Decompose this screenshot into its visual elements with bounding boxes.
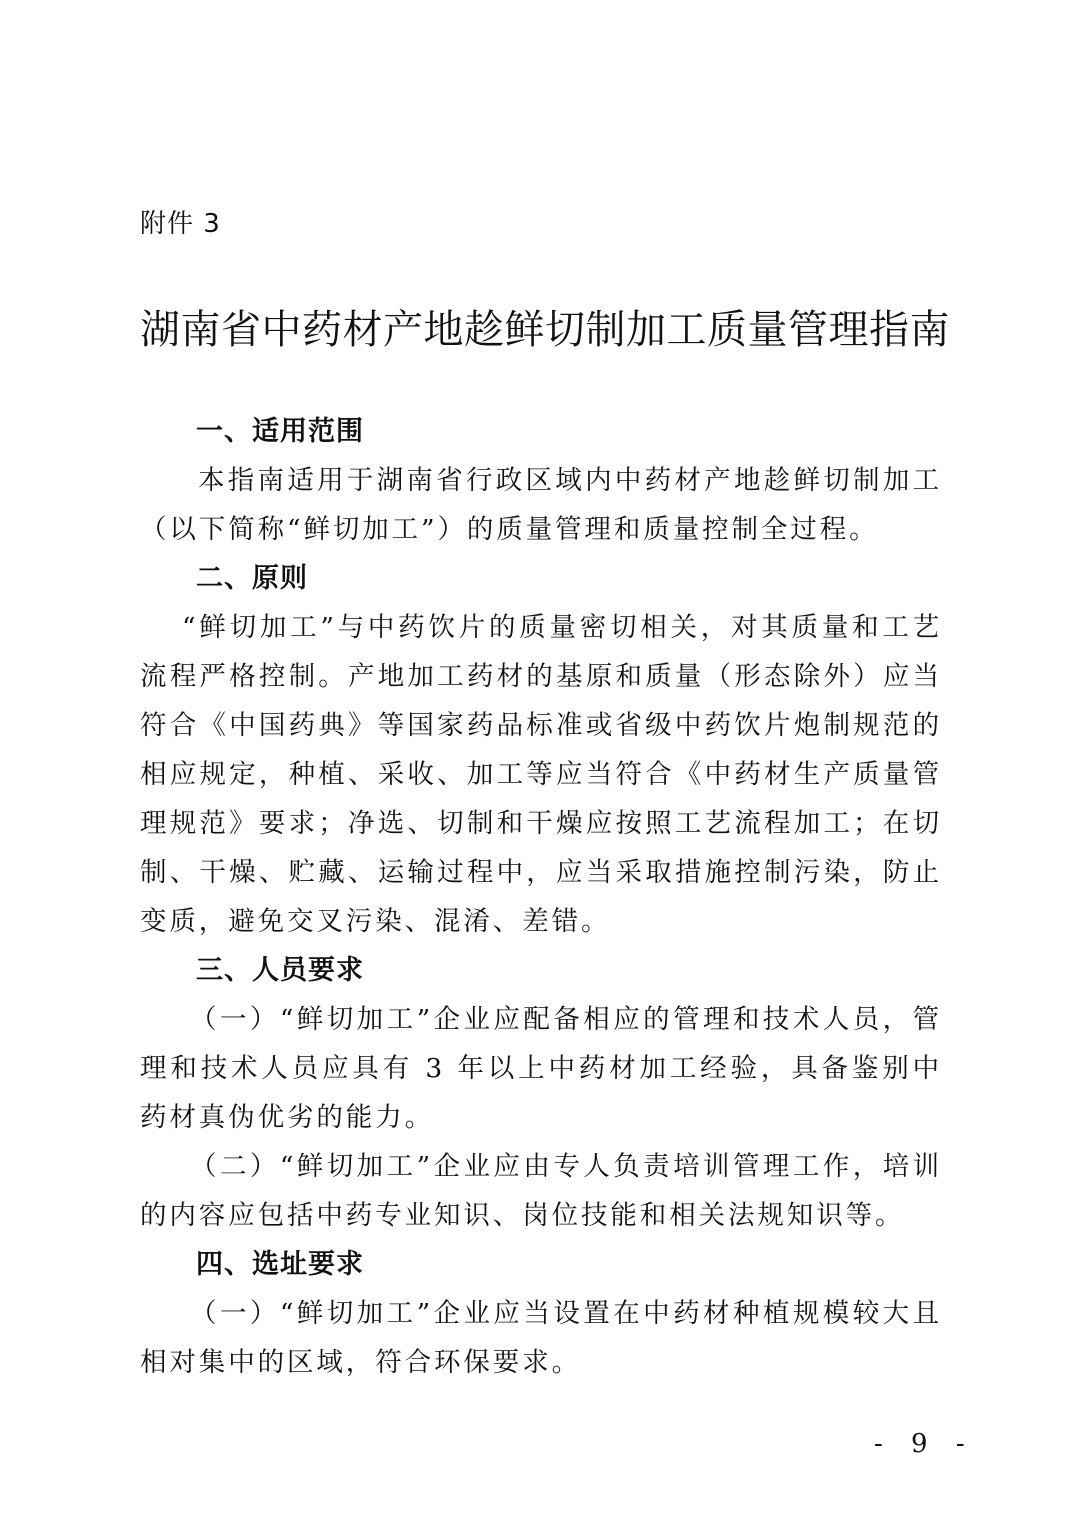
- paragraph: （一）“鲜切加工”企业应当设置在中药材种植规模较大且相对集中的区域，符合环保要求…: [140, 1289, 942, 1387]
- document-body: 一、适用范围 本指南适用于湖南省行政区域内中药材产地趁鲜切制加工（以下简称“鲜切…: [140, 407, 942, 1387]
- paragraph: （二）“鲜切加工”企业应由专人负责培训管理工作，培训的内容应包括中药专业知识、岗…: [140, 1142, 942, 1240]
- section-site-selection: 四、选址要求 （一）“鲜切加工”企业应当设置在中药材种植规模较大且相对集中的区域…: [140, 1240, 942, 1387]
- paragraph: 本指南适用于湖南省行政区域内中药材产地趁鲜切制加工（以下简称“鲜切加工”）的质量…: [140, 456, 942, 554]
- paragraph: （一）“鲜切加工”企业应配备相应的管理和技术人员，管理和技术人员应具有 3 年以…: [140, 995, 942, 1142]
- attachment-label: 附件 3: [140, 204, 221, 244]
- section-personnel: 三、人员要求 （一）“鲜切加工”企业应配备相应的管理和技术人员，管理和技术人员应…: [140, 946, 942, 1240]
- page-number: - 9 -: [874, 1428, 975, 1460]
- section-principles: 二、原则 “鲜切加工”与中药饮片的质量密切相关，对其质量和工艺流程严格控制。产地…: [140, 554, 942, 946]
- section-heading: 四、选址要求: [140, 1240, 942, 1289]
- paragraph: “鲜切加工”与中药饮片的质量密切相关，对其质量和工艺流程严格控制。产地加工药材的…: [140, 603, 942, 946]
- section-heading: 二、原则: [140, 554, 942, 603]
- section-heading: 一、适用范围: [140, 407, 942, 456]
- section-heading: 三、人员要求: [140, 946, 942, 995]
- document-title: 湖南省中药材产地趁鲜切制加工质量管理指南: [140, 300, 945, 360]
- section-scope: 一、适用范围 本指南适用于湖南省行政区域内中药材产地趁鲜切制加工（以下简称“鲜切…: [140, 407, 942, 554]
- document-page: 附件 3 湖南省中药材产地趁鲜切制加工质量管理指南 一、适用范围 本指南适用于湖…: [0, 0, 1080, 1528]
